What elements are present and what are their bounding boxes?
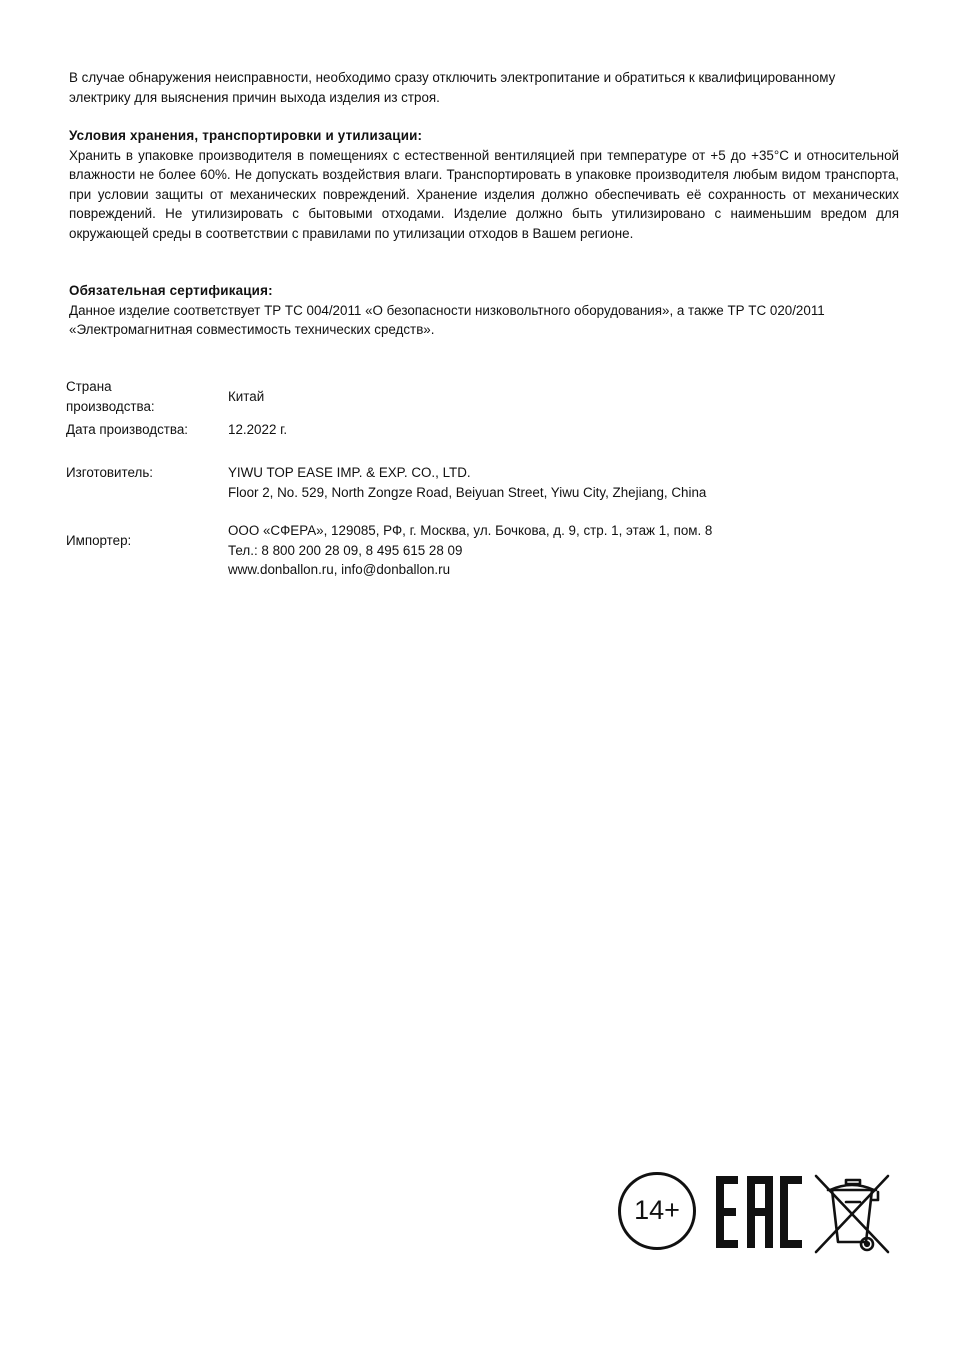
- importer-value: ООО «СФЕРА», 129085, РФ, г. Москва, ул. …: [228, 521, 712, 580]
- warning-paragraph: В случае обнаружения неисправности, необ…: [69, 68, 899, 107]
- storage-heading: Условия хранения, транспортировки и утил…: [69, 126, 899, 146]
- country-label-line2: производства:: [66, 397, 216, 417]
- manufacturer-value: YIWU TOP EASE IMP. & EXP. CO., LTD. Floo…: [228, 463, 706, 502]
- country-label-line1: Страна: [66, 377, 216, 397]
- date-label: Дата производства:: [66, 420, 216, 440]
- importer-label: Импортер:: [66, 531, 216, 551]
- age-rating-text: 14+: [634, 1201, 680, 1221]
- certification-section: Обязательная сертификация: Данное издели…: [69, 281, 899, 340]
- manufacturer-address: Floor 2, No. 529, North Zongze Road, Bei…: [228, 483, 706, 503]
- date-value: 12.2022 г.: [228, 420, 287, 440]
- country-value: Китай: [228, 387, 264, 407]
- age-rating-icon: 14+: [618, 1172, 696, 1250]
- document-page: В случае обнаружения неисправности, необ…: [0, 0, 968, 1369]
- importer-web-email: www.donballon.ru, info@donballon.ru: [228, 560, 712, 580]
- importer-name-address: ООО «СФЕРА», 129085, РФ, г. Москва, ул. …: [228, 521, 712, 541]
- storage-section: Условия хранения, транспортировки и утил…: [69, 126, 899, 243]
- storage-text: Хранить в упаковке производителя в помещ…: [69, 146, 899, 244]
- certification-heading: Обязательная сертификация:: [69, 281, 899, 301]
- manufacturer-name: YIWU TOP EASE IMP. & EXP. CO., LTD.: [228, 463, 706, 483]
- importer-phones: Тел.: 8 800 200 28 09, 8 495 615 28 09: [228, 541, 712, 561]
- country-label: Страна производства:: [66, 377, 216, 416]
- weee-bin-icon: [810, 1172, 894, 1256]
- warning-text: В случае обнаружения неисправности, необ…: [69, 68, 899, 107]
- certification-text: Данное изделие соответствует ТР ТС 004/2…: [69, 301, 899, 340]
- eac-mark-icon: [716, 1176, 802, 1248]
- manufacturer-label: Изготовитель:: [66, 463, 216, 483]
- compliance-marks: 14+: [614, 1168, 904, 1258]
